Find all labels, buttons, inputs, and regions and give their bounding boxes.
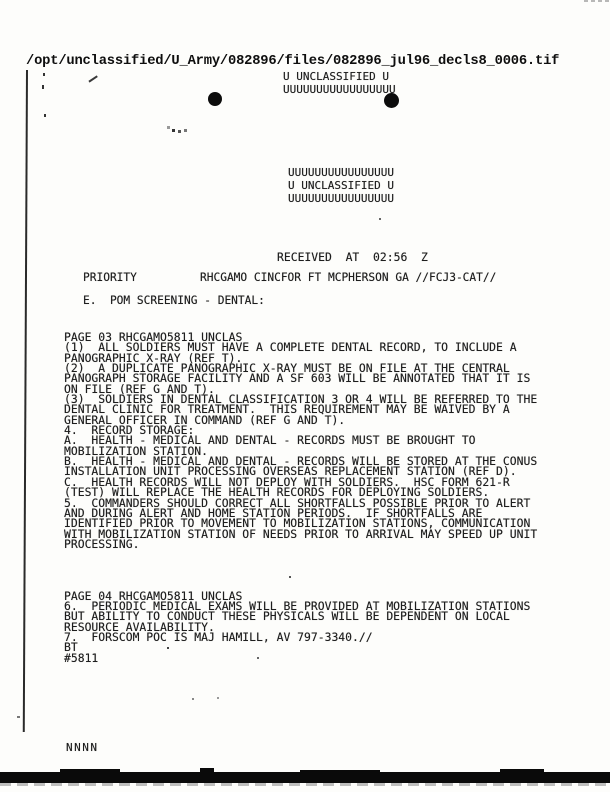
- classification-line: U UNCLASSIFIED U: [283, 70, 389, 83]
- classification-u-row: UUUUUUUUUUUUUUUU: [288, 166, 394, 179]
- scan-artifact: [0, 783, 610, 786]
- scan-artifact: [584, 0, 610, 2]
- message-body: PAGE 03 RHCGAMO5811 UNCLAS (1) ALL SOLDI…: [64, 332, 537, 663]
- hole-punch-dot: [208, 92, 222, 106]
- scan-speck: [172, 129, 175, 132]
- scan-speck: [42, 85, 44, 89]
- scan-speck: [379, 218, 381, 220]
- page-edge-line: [23, 70, 28, 732]
- bottom-black-bar: [0, 772, 610, 783]
- scan-speck: [17, 716, 20, 718]
- scan-speck: [43, 73, 45, 76]
- subject-line: E. POM SCREENING - DENTAL:: [83, 294, 265, 307]
- scan-speck: [44, 114, 46, 117]
- received-timestamp: RECEIVED AT 02:56 Z: [277, 250, 428, 264]
- classification-u-row: UUUUUUUUUUUUUUUUU: [283, 83, 396, 96]
- classification-line: U UNCLASSIFIED U: [288, 179, 394, 192]
- scan-speck: [217, 697, 219, 699]
- file-path: /opt/unclassified/U_Army/082896/files/08…: [26, 54, 559, 69]
- classification-banner-top: U UNCLASSIFIED U UUUUUUUUUUUUUUUUU: [283, 70, 396, 96]
- classification-u-row: UUUUUUUUUUUUUUUU: [288, 192, 394, 205]
- routing-address: RHCGAMO CINCFOR FT MCPHERSON GA //FCJ3-C…: [200, 271, 496, 284]
- pen-slash-mark: [88, 75, 97, 82]
- end-of-message-code: NNNN: [66, 741, 99, 754]
- scanned-document-page: /opt/unclassified/U_Army/082896/files/08…: [0, 0, 610, 792]
- priority-label: PRIORITY: [83, 271, 137, 284]
- scan-speck: [192, 698, 194, 700]
- classification-banner-middle: UUUUUUUUUUUUUUUU U UNCLASSIFIED U UUUUUU…: [288, 166, 394, 205]
